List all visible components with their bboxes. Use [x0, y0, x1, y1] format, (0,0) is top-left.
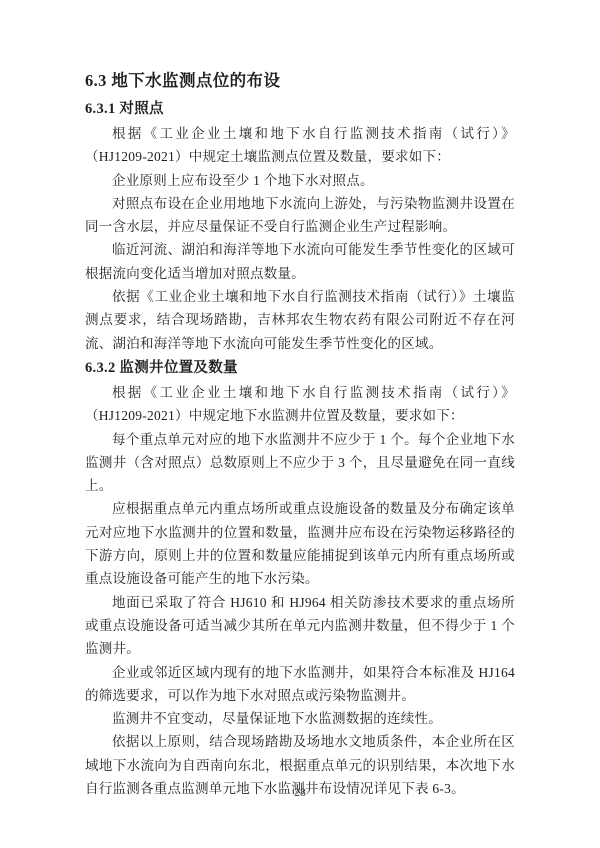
section-heading: 6.3 地下水监测点位的布设 — [85, 66, 515, 96]
page-number: 28 — [0, 787, 600, 799]
paragraph: 临近河流、湖泊和海洋等地下水流向可能发生季节性变化的区域可根据流向变化适当增加对… — [85, 238, 515, 285]
subsection-heading-contrast-point: 6.3.1 对照点 — [85, 96, 515, 122]
paragraph: 地面已采取了符合 HJ610 和 HJ964 相关防渗技术要求的重点场所或重点设… — [85, 591, 515, 661]
paragraph: 根据《工业企业土壤和地下水自行监测技术指南（试行）》（HJ1209-2021）中… — [85, 381, 515, 428]
paragraph: 对照点布设在企业用地地下水流向上游处，与污染物监测井设置在同一含水层，并应尽量保… — [85, 192, 515, 239]
paragraph: 企业原则上应布设至少 1 个地下水对照点。 — [85, 169, 515, 192]
document-page: 6.3 地下水监测点位的布设 6.3.1 对照点 根据《工业企业土壤和地下水自行… — [0, 0, 600, 848]
page-content: 6.3 地下水监测点位的布设 6.3.1 对照点 根据《工业企业土壤和地下水自行… — [85, 66, 515, 800]
paragraph: 根据《工业企业土壤和地下水自行监测技术指南（试行）》（HJ1209-2021）中… — [85, 122, 515, 169]
paragraph: 企业或邻近区域内现有的地下水监测井，如果符合本标准及 HJ164 的筛选要求，可… — [85, 661, 515, 708]
paragraph: 依据《工业企业土壤和地下水自行监测技术指南（试行）》土壤监测点要求，结合现场踏勘… — [85, 285, 515, 355]
paragraph: 应根据重点单元内重点场所或重点设施设备的数量及分布确定该单元对应地下水监测井的位… — [85, 497, 515, 590]
subsection-heading-well-position: 6.3.2 监测井位置及数量 — [85, 355, 515, 381]
paragraph: 每个重点单元对应的地下水监测井不应少于 1 个。每个企业地下水监测井（含对照点）… — [85, 428, 515, 498]
paragraph: 监测井不宜变动，尽量保证地下水监测数据的连续性。 — [85, 707, 515, 730]
